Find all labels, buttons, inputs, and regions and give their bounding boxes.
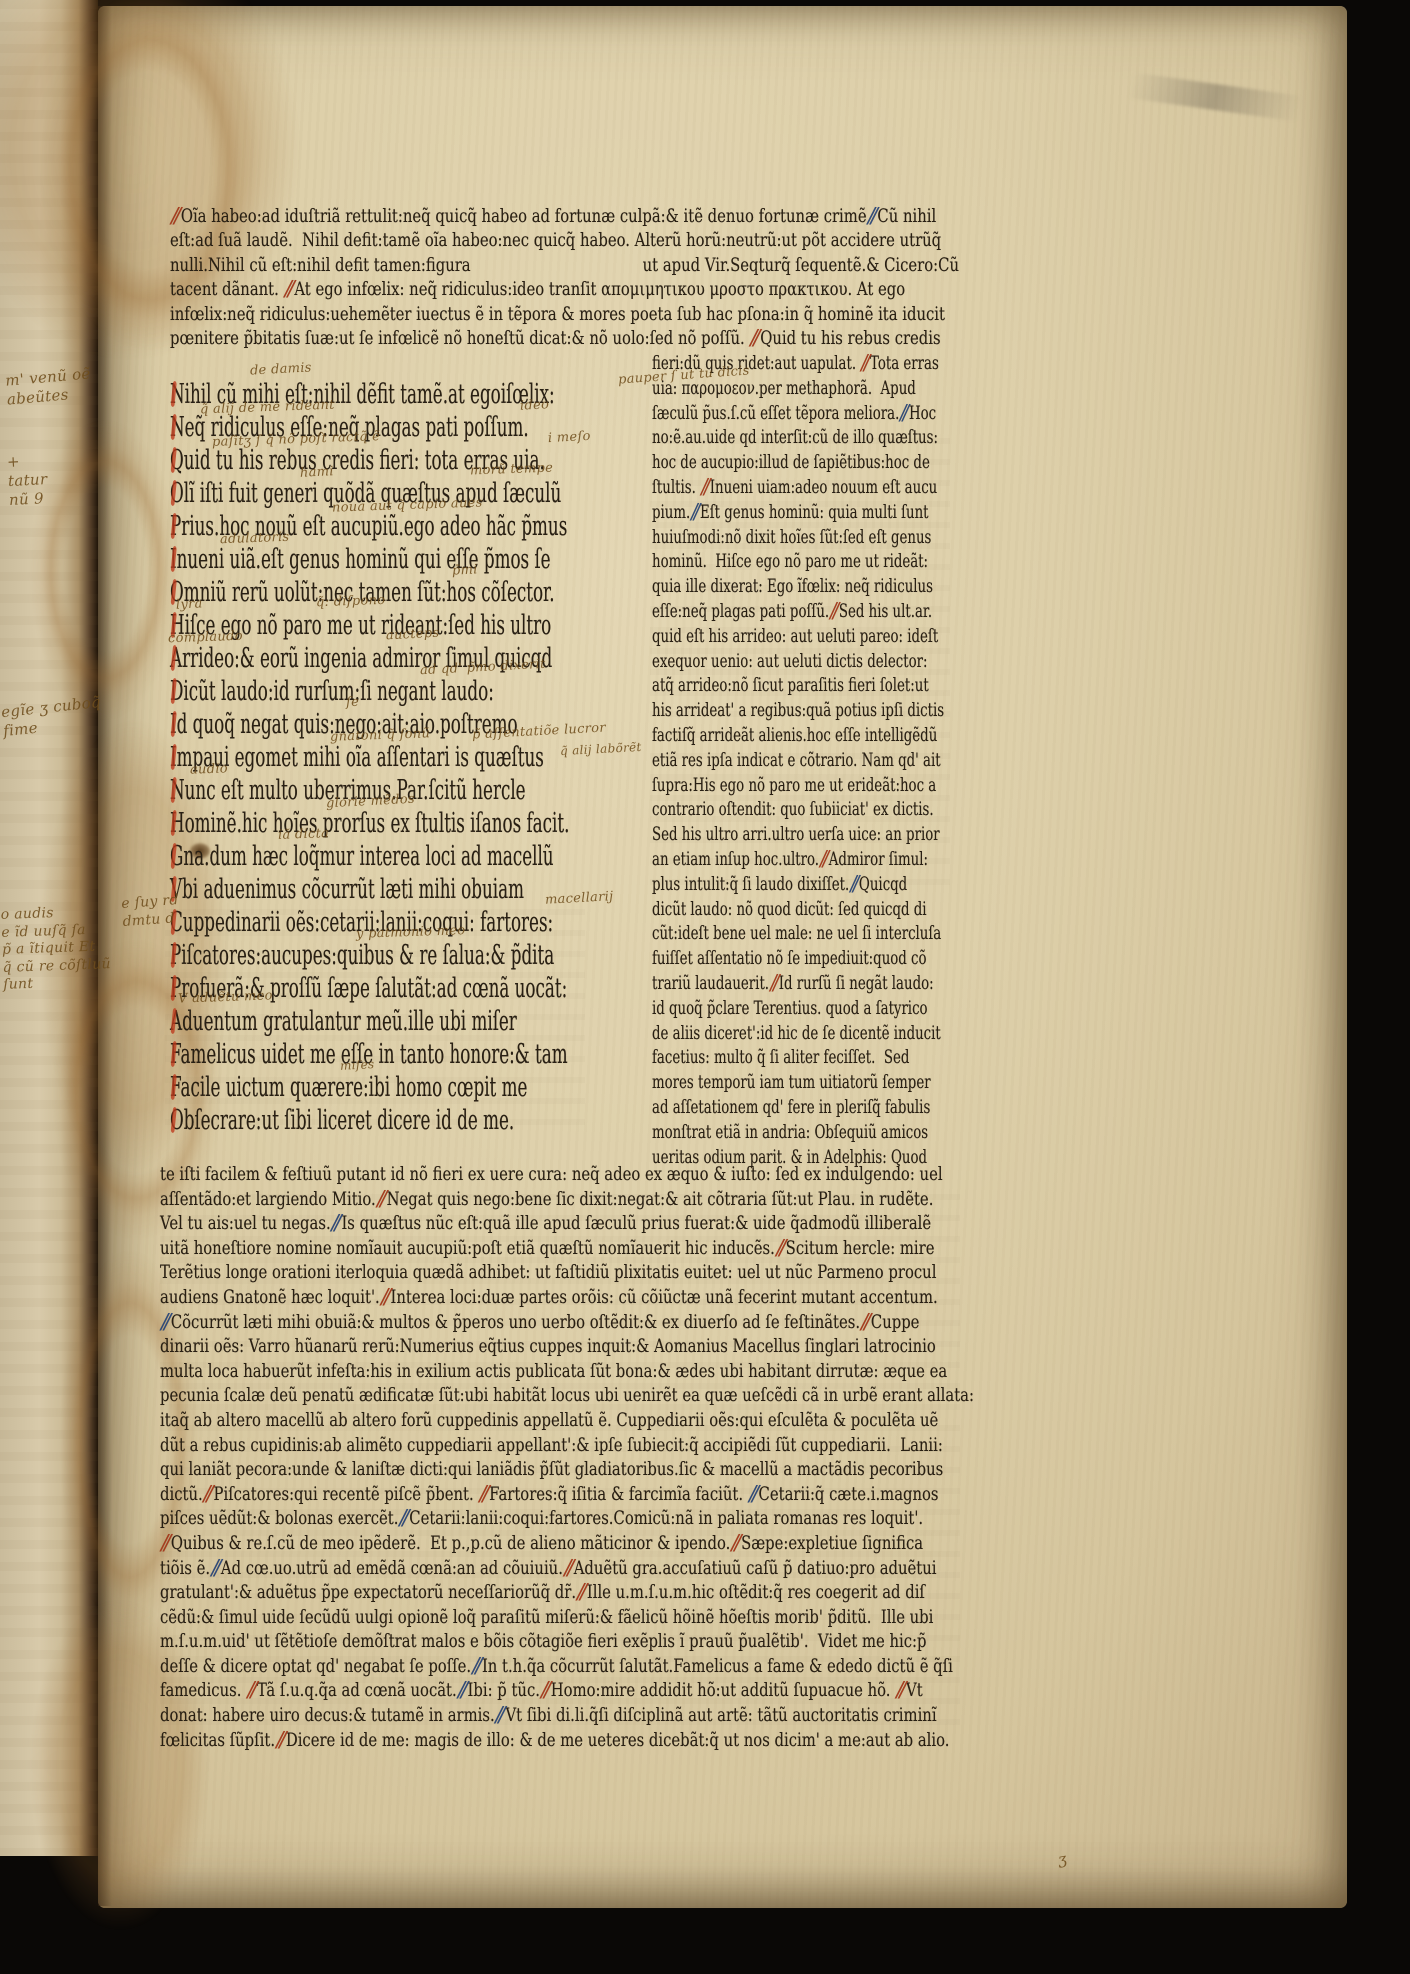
hand-paragraph-mark-blue: ∕∕ bbox=[328, 1210, 342, 1238]
text-line: m.ſ.u.m.uid' ut ſẽtẽtioſe demõſtrat malo… bbox=[160, 1630, 974, 1655]
handwritten-gloss: o audis e ĩd uuſq̃ ſa p̃ a ĩtiquit Et q̃… bbox=[1, 903, 112, 994]
text-line: multa loca habuerũt infeſta:his in exili… bbox=[160, 1360, 974, 1385]
hand-paragraph-mark-blue: ∕∕ bbox=[864, 203, 878, 231]
text-line: contrario oſtendit: quo ſubiiciat' ex di… bbox=[652, 798, 944, 823]
hand-paragraph-mark-red: ∕∕ bbox=[817, 846, 830, 875]
text-line: Dicũt laudo:id rurſum:ſi negant laudo: bbox=[170, 675, 569, 708]
text-line: tacent dãnant. ∕∕At ego infœlix: neq̃ ri… bbox=[170, 278, 959, 302]
text-line: donat: habere uiro decus:& tutamẽ in arm… bbox=[160, 1704, 974, 1729]
hand-paragraph-mark-red: ∕∕ bbox=[476, 1481, 490, 1509]
text-line: Impaui egomet mihi oĩa aſſentari is quæſ… bbox=[170, 741, 569, 774]
text-line: ∕∕Oĩa habeo:ad iduſtriã rettulit:neq̃ qu… bbox=[170, 205, 959, 229]
text-line: Gna.dum hæc loq̃mur interea loci ad mace… bbox=[170, 840, 569, 873]
text-line: Aduentum gratulantur meũ.ille ubi miſer bbox=[170, 1005, 569, 1038]
text-line: Facile uictum quærere:ibi homo cœpit me bbox=[170, 1071, 569, 1104]
text-line: dinarii oẽs: Varro hũanarũ rerũ:Numerius… bbox=[160, 1335, 974, 1360]
text-line: Piſcatores:aucupes:quibus & re ſalua:& p… bbox=[170, 939, 569, 972]
text-line: dicũt laudo: nõ quod dicũt: ſed quicqd d… bbox=[652, 898, 944, 923]
handwritten-gloss: miſes bbox=[340, 1057, 375, 1074]
text-line: an etiam inſup hoc.ultro.∕∕Admiror ſimul… bbox=[652, 848, 944, 873]
text-line: cũt:ideſt bene uel male: ne uel ſi inter… bbox=[652, 922, 944, 947]
text-line: Obſecrare:ut ſibi liceret dicere id de m… bbox=[170, 1104, 569, 1137]
hand-paragraph-mark-red: ∕∕ bbox=[858, 1309, 872, 1337]
hand-paragraph-mark-red: ∕∕ bbox=[273, 1727, 287, 1755]
text-line: pœnitere p̃bitatis ſuæ:ut ſe infœlicẽ nõ… bbox=[170, 327, 959, 351]
text-line: qui laniãt pecora:unde & laniſtæ dicti:q… bbox=[160, 1458, 974, 1483]
handwritten-gloss: i meſo bbox=[548, 429, 592, 447]
text-line: no:ẽ.au.uide qd interſit:cũ de illo quæſ… bbox=[652, 426, 944, 451]
handwritten-gloss: lyra bbox=[176, 596, 203, 614]
hand-paragraph-mark-red: ∕∕ bbox=[574, 1579, 588, 1607]
text-line: huiuſmodi:nõ dixit hoĩes ſũt:ſed eſt gen… bbox=[652, 526, 944, 551]
terence-verse-block: Nihil cũ mihi eſt:nihil dẽfit tamẽ.at eg… bbox=[170, 378, 569, 1137]
text-line: ∕∕Cõcurrũt læti mihi obuiã:& multos & p̃… bbox=[160, 1311, 974, 1336]
text-line: ſæculũ p̃us.ſ.cũ eſſet tẽpora meliora.∕∕… bbox=[652, 402, 944, 427]
handwritten-gloss: ſe bbox=[346, 695, 360, 712]
text-line: fuiſſet aſſentatio nõ ſe impediuit:quod … bbox=[652, 947, 944, 972]
text-line: nulli.Nihil cũ eſt:nihil defit tamen:fig… bbox=[170, 254, 959, 278]
hand-paragraph-mark-blue: ∕∕ bbox=[847, 871, 860, 900]
commentary-right-column: fieri:dũ quis ridet:aut uapulat. ∕∕Tota … bbox=[652, 352, 944, 1170]
text-line: ∕∕Quibus & re.ſ.cũ de meo ipẽderẽ. Et p.… bbox=[160, 1532, 974, 1557]
text-line: hominũ. Hiſce ego nõ paro me ut rideãt: bbox=[652, 550, 944, 575]
commentary-top-block: ∕∕Oĩa habeo:ad iduſtriã rettulit:neq̃ qu… bbox=[170, 205, 959, 351]
text-line: famedicus. ∕∕Tã ſ.u.q.q̃a ad cœnã uocãt.… bbox=[160, 1679, 974, 1704]
hand-paragraph-mark-red: ∕∕ bbox=[747, 325, 761, 353]
text-line: Terẽtius longe orationi iterloquia quædã… bbox=[160, 1261, 974, 1286]
handwritten-gloss: + tatur nũ 9 bbox=[7, 451, 49, 509]
text-line: de aliis diceret':id hic de ſe dicentẽ i… bbox=[652, 1022, 944, 1047]
hand-paragraph-mark-red: ∕∕ bbox=[827, 598, 840, 627]
hand-paragraph-mark-red: ∕∕ bbox=[858, 350, 871, 379]
handwritten-gloss: V aduẽtu meo bbox=[178, 988, 273, 1008]
hand-paragraph-mark-blue: ∕∕ bbox=[396, 1505, 410, 1533]
text-line: quid eſt his arrideo: aut ueluti pareo: … bbox=[652, 625, 944, 650]
text-line: facetius: multo q̃ ſi aliter feciſſet. S… bbox=[652, 1046, 944, 1071]
text-line: ſupra:His ego nõ paro me ut erideãt:hoc … bbox=[652, 774, 944, 799]
typeset-gap bbox=[471, 270, 643, 271]
text-line: pecunia ſcalæ deũ penatũ ædificatæ ſũt:u… bbox=[160, 1384, 974, 1409]
text-line: tiõis ẽ.∕∕Ad cœ.uo.utrũ ad emẽdã cœnã:an… bbox=[160, 1557, 974, 1582]
text-line: dictũ.∕∕Piſcatores:qui recentẽ piſcẽ p̃b… bbox=[160, 1483, 974, 1508]
text-line: Sed his ultro arri.ultro uerſa uice: an … bbox=[652, 823, 944, 848]
handwritten-gloss: q̃: diſpono bbox=[316, 593, 386, 612]
text-line: factiſq̃ arrideãt alienis.hoc eſſe intel… bbox=[652, 724, 944, 749]
handwritten-gloss: hami bbox=[300, 464, 335, 482]
handwritten-gloss: ideo bbox=[520, 397, 550, 415]
text-line: mores temporũ iam tum uitiatorũ ſemper bbox=[652, 1071, 944, 1096]
text-line: audiens Gnatonẽ hæc loquit'.∕∕Interea lo… bbox=[160, 1286, 974, 1311]
hand-paragraph-mark-red: ∕∕ bbox=[244, 1678, 258, 1706]
hand-paragraph-mark-red: ∕∕ bbox=[168, 203, 182, 231]
text-line: exequor uenio: aut ueluti dictis delecto… bbox=[652, 650, 944, 675]
hand-paragraph-mark-red: ∕∕ bbox=[537, 1678, 551, 1706]
text-line: id quoq̃ p̃clare Terentius. quod a ſatyr… bbox=[652, 997, 944, 1022]
handwritten-gloss: adulatoris bbox=[220, 530, 290, 549]
handwritten-gloss: m' venũ oẽ abeũtes bbox=[5, 364, 93, 409]
handwritten-gloss: complaudo bbox=[168, 629, 243, 648]
text-line: his arrideat' a regibus:quã potius ipſi … bbox=[652, 699, 944, 724]
hand-paragraph-mark-red: ∕∕ bbox=[373, 1186, 387, 1214]
text-line: atq̃ arrideo:nõ ſicut paraſitis fieri ſo… bbox=[652, 674, 944, 699]
text-line: cẽdũ:& ſimul uide ſecũdũ uulgi opionẽ lo… bbox=[160, 1606, 974, 1631]
hand-paragraph-mark-red: ∕∕ bbox=[728, 1530, 742, 1558]
text-line: deſſe & dicere optat qd' negabat ſe poſſ… bbox=[160, 1655, 974, 1680]
text-line: ad aſſetationem qd' fere in pleriſq̃ fab… bbox=[652, 1096, 944, 1121]
text-line: monſtrat etiã in andria: Obſequiũ amicos bbox=[652, 1121, 944, 1146]
hand-paragraph-mark-red: ∕∕ bbox=[281, 276, 295, 304]
text-line: fœlicitas ſũpſit.∕∕Dicere id de me: magi… bbox=[160, 1729, 974, 1754]
text-line: hoc de aucupio:illud de ſapiẽtibus:hoc d… bbox=[652, 451, 944, 476]
hand-paragraph-mark-blue: ∕∕ bbox=[157, 1309, 171, 1337]
hand-paragraph-mark-red: ∕∕ bbox=[893, 1678, 907, 1706]
hand-paragraph-mark-blue: ∕∕ bbox=[745, 1481, 759, 1509]
handwritten-gloss: aucteps bbox=[386, 626, 440, 645]
handwritten-gloss: p̃mi bbox=[452, 562, 479, 580]
text-line: itaq̃ ab altero macellũ ab altero forũ c… bbox=[160, 1409, 974, 1434]
handwritten-gloss: audio bbox=[190, 761, 228, 779]
text-line: quia ille dixerat: Ego ĩfœlix: neq̃ ridi… bbox=[652, 575, 944, 600]
hand-paragraph-mark-blue: ∕∕ bbox=[454, 1678, 468, 1706]
text-line: Vel tu ais:uel tu negas.∕∕Is quæſtus nũc… bbox=[160, 1212, 974, 1237]
text-line: plus intulit:q̃ ſi laudo dixiſſet.∕∕Quic… bbox=[652, 873, 944, 898]
text-line: trariũ laudauerit.∕∕Id rurſũ ſi negãt la… bbox=[652, 972, 944, 997]
text-line: aſſentãdo:et largiendo Mitio.∕∕Negat qui… bbox=[160, 1188, 974, 1213]
book-scan-backdrop: ∕∕Oĩa habeo:ad iduſtriã rettulit:neq̃ qu… bbox=[0, 0, 1410, 1974]
hand-paragraph-mark-red: ∕∕ bbox=[200, 1481, 214, 1509]
text-line: pium.∕∕Eſt genus hominũ: quia multi ſunt bbox=[652, 501, 944, 526]
hand-paragraph-mark-blue: ∕∕ bbox=[492, 1702, 506, 1730]
hand-paragraph-mark-blue: ∕∕ bbox=[688, 499, 701, 528]
hand-paragraph-mark-red: ∕∕ bbox=[767, 970, 780, 999]
text-line: infœlix:neq̃ ridiculus:uehemẽter iuectus… bbox=[170, 303, 959, 327]
text-line: eſt:ad ſuã laudẽ. Nihil defit:tamẽ oĩa h… bbox=[170, 229, 959, 253]
hand-paragraph-mark-red: ∕∕ bbox=[377, 1284, 391, 1312]
text-line: gratulant':& aduẽtus p̃pe expectatorũ ne… bbox=[160, 1581, 974, 1606]
text-line: uitã honeſtiore nomine nomĩauit aucupiũ:… bbox=[160, 1237, 974, 1262]
hand-paragraph-mark-blue: ∕∕ bbox=[469, 1653, 483, 1681]
handwritten-gloss: de damis bbox=[250, 360, 313, 379]
hand-paragraph-mark-red: ∕∕ bbox=[560, 1555, 574, 1583]
text-line: eſſe:neq̃ plagas pati poſſũ.∕∕Sed his ul… bbox=[652, 600, 944, 625]
hand-paragraph-mark-red: ∕∕ bbox=[772, 1235, 786, 1263]
text-line: ſtultis. ∕∕Inueni uiam:adeo nouum eſt au… bbox=[652, 476, 944, 501]
text-line: etiã res ipſa indicat e cõtrario. Nam qd… bbox=[652, 749, 944, 774]
handwritten-gloss: iã dicta bbox=[278, 826, 330, 844]
text-line: Hominẽ.hic hoĩes prorſus ex ſtultis iſan… bbox=[170, 807, 569, 840]
commentary-bottom-block: te iſti facilem & feſtiuũ putant id nõ f… bbox=[160, 1163, 974, 1753]
text-line: dũt a rebus cupidinis:ab alimẽto cuppedi… bbox=[160, 1434, 974, 1459]
text-line: piſces uẽdũt:& bolonas exercẽt.∕∕Cetarii… bbox=[160, 1507, 974, 1532]
handwritten-gloss: morũ tempe bbox=[470, 461, 554, 480]
hand-paragraph-mark-red: ∕∕ bbox=[157, 1530, 171, 1558]
hand-paragraph-mark-blue: ∕∕ bbox=[208, 1555, 222, 1583]
hand-paragraph-mark-blue: ∕∕ bbox=[897, 400, 910, 429]
text-line: Vbi aduenimus cõcurrũt læti mihi obuiam bbox=[170, 873, 569, 906]
text-line: te iſti facilem & feſtiuũ putant id nõ f… bbox=[160, 1163, 974, 1188]
handwritten-gloss: e ſuy rd dmtu d bbox=[121, 892, 181, 931]
